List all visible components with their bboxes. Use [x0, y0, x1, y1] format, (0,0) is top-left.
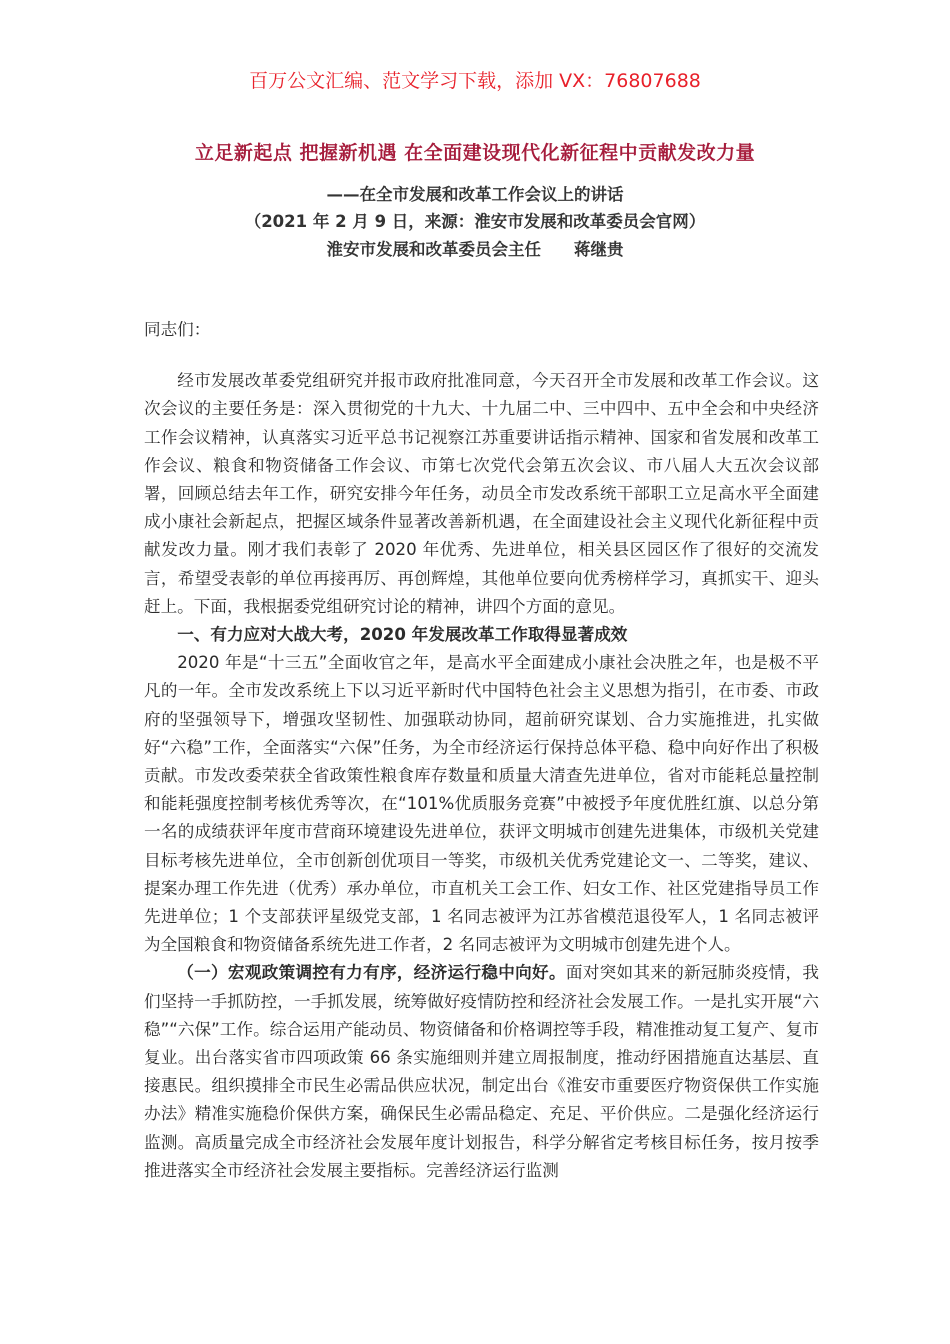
section-1-paragraph: 2020 年是“十三五”全面收官之年，是高水平全面建成小康社会决胜之年，也是极不… — [144, 649, 819, 959]
subsection-1-heading: （一）宏观政策调控有力有序，经济运行稳中向好。 — [177, 963, 566, 982]
greeting: 同志们： — [144, 316, 819, 344]
document-body: 同志们： 经市发展改革委党组研究并报市政府批准同意，今天召开全市发展和改革工作会… — [144, 316, 819, 1185]
subsection-1-text: 面对突如其来的新冠肺炎疫情，我们坚持一手抓防控，一手抓发展，统筹做好疫情防控和经… — [144, 963, 819, 1179]
subsection-1-paragraph: （一）宏观政策调控有力有序，经济运行稳中向好。面对突如其来的新冠肺炎疫情，我们坚… — [144, 959, 819, 1185]
watermark-banner: 百万公文汇编、范文学习下载，添加 VX：76807688 — [0, 66, 950, 93]
intro-paragraph: 经市发展改革委党组研究并报市政府批准同意，今天召开全市发展和改革工作会议。这次会… — [144, 367, 819, 621]
date-source-line: （2021 年 2 月 9 日，来源：淮安市发展和改革委员会官网） — [0, 208, 950, 232]
section-heading-1: 一、有力应对大战大考，2020 年发展改革工作取得显著成效 — [144, 621, 819, 649]
speaker-line: 淮安市发展和改革委员会主任 蒋继贵 — [0, 236, 950, 260]
document-title: 立足新起点 把握新机遇 在全面建设现代化新征程中贡献发改力量 — [0, 138, 950, 165]
document-subtitle: ——在全市发展和改革工作会议上的讲话 — [0, 181, 950, 205]
